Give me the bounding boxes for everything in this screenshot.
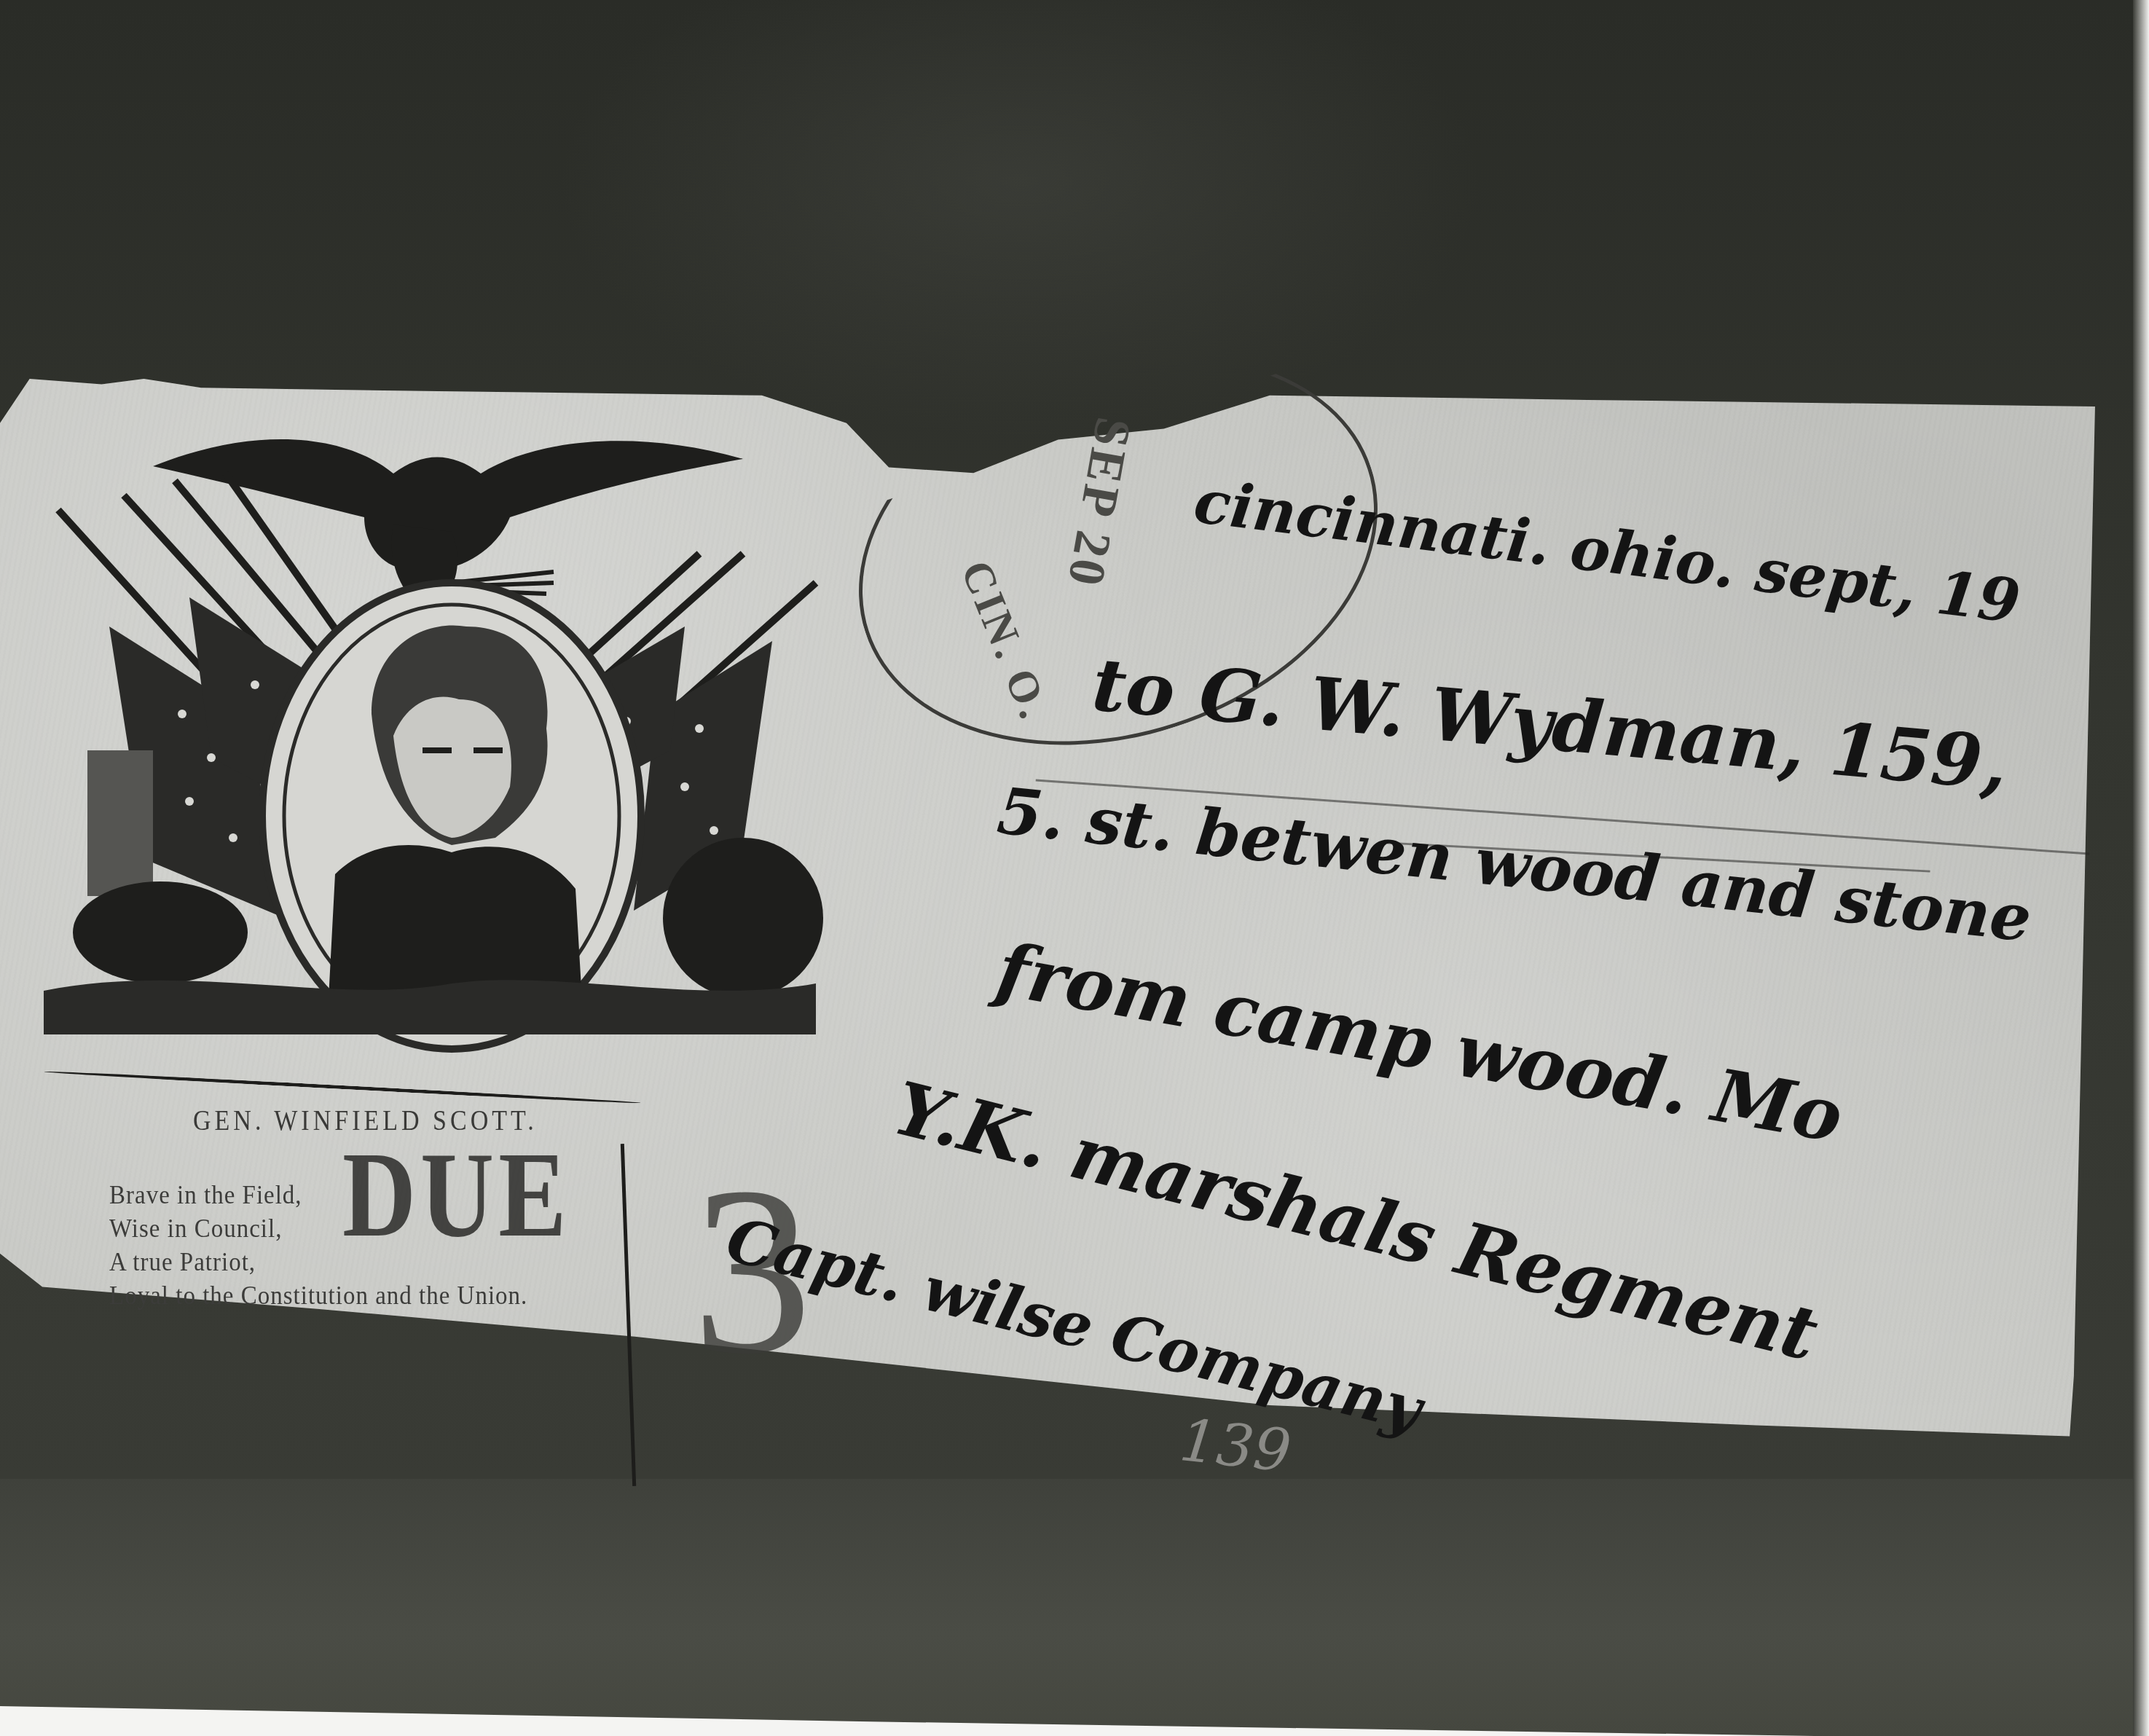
- scott-portrait-engraving: [44, 408, 830, 1107]
- due-stamp: DUE: [342, 1125, 571, 1265]
- drum-icon: [87, 750, 153, 896]
- cannonballs-icon: [663, 838, 823, 998]
- motto-line: Loyal to the Constitution and the Union.: [109, 1278, 527, 1315]
- foliage-ground: [44, 980, 816, 1034]
- pencil-notation: 139: [1176, 1406, 1294, 1485]
- photo-print-edge-right: [2133, 0, 2149, 1736]
- cannon-icon: [73, 881, 248, 983]
- photo-backdrop-lower: [0, 1479, 2149, 1736]
